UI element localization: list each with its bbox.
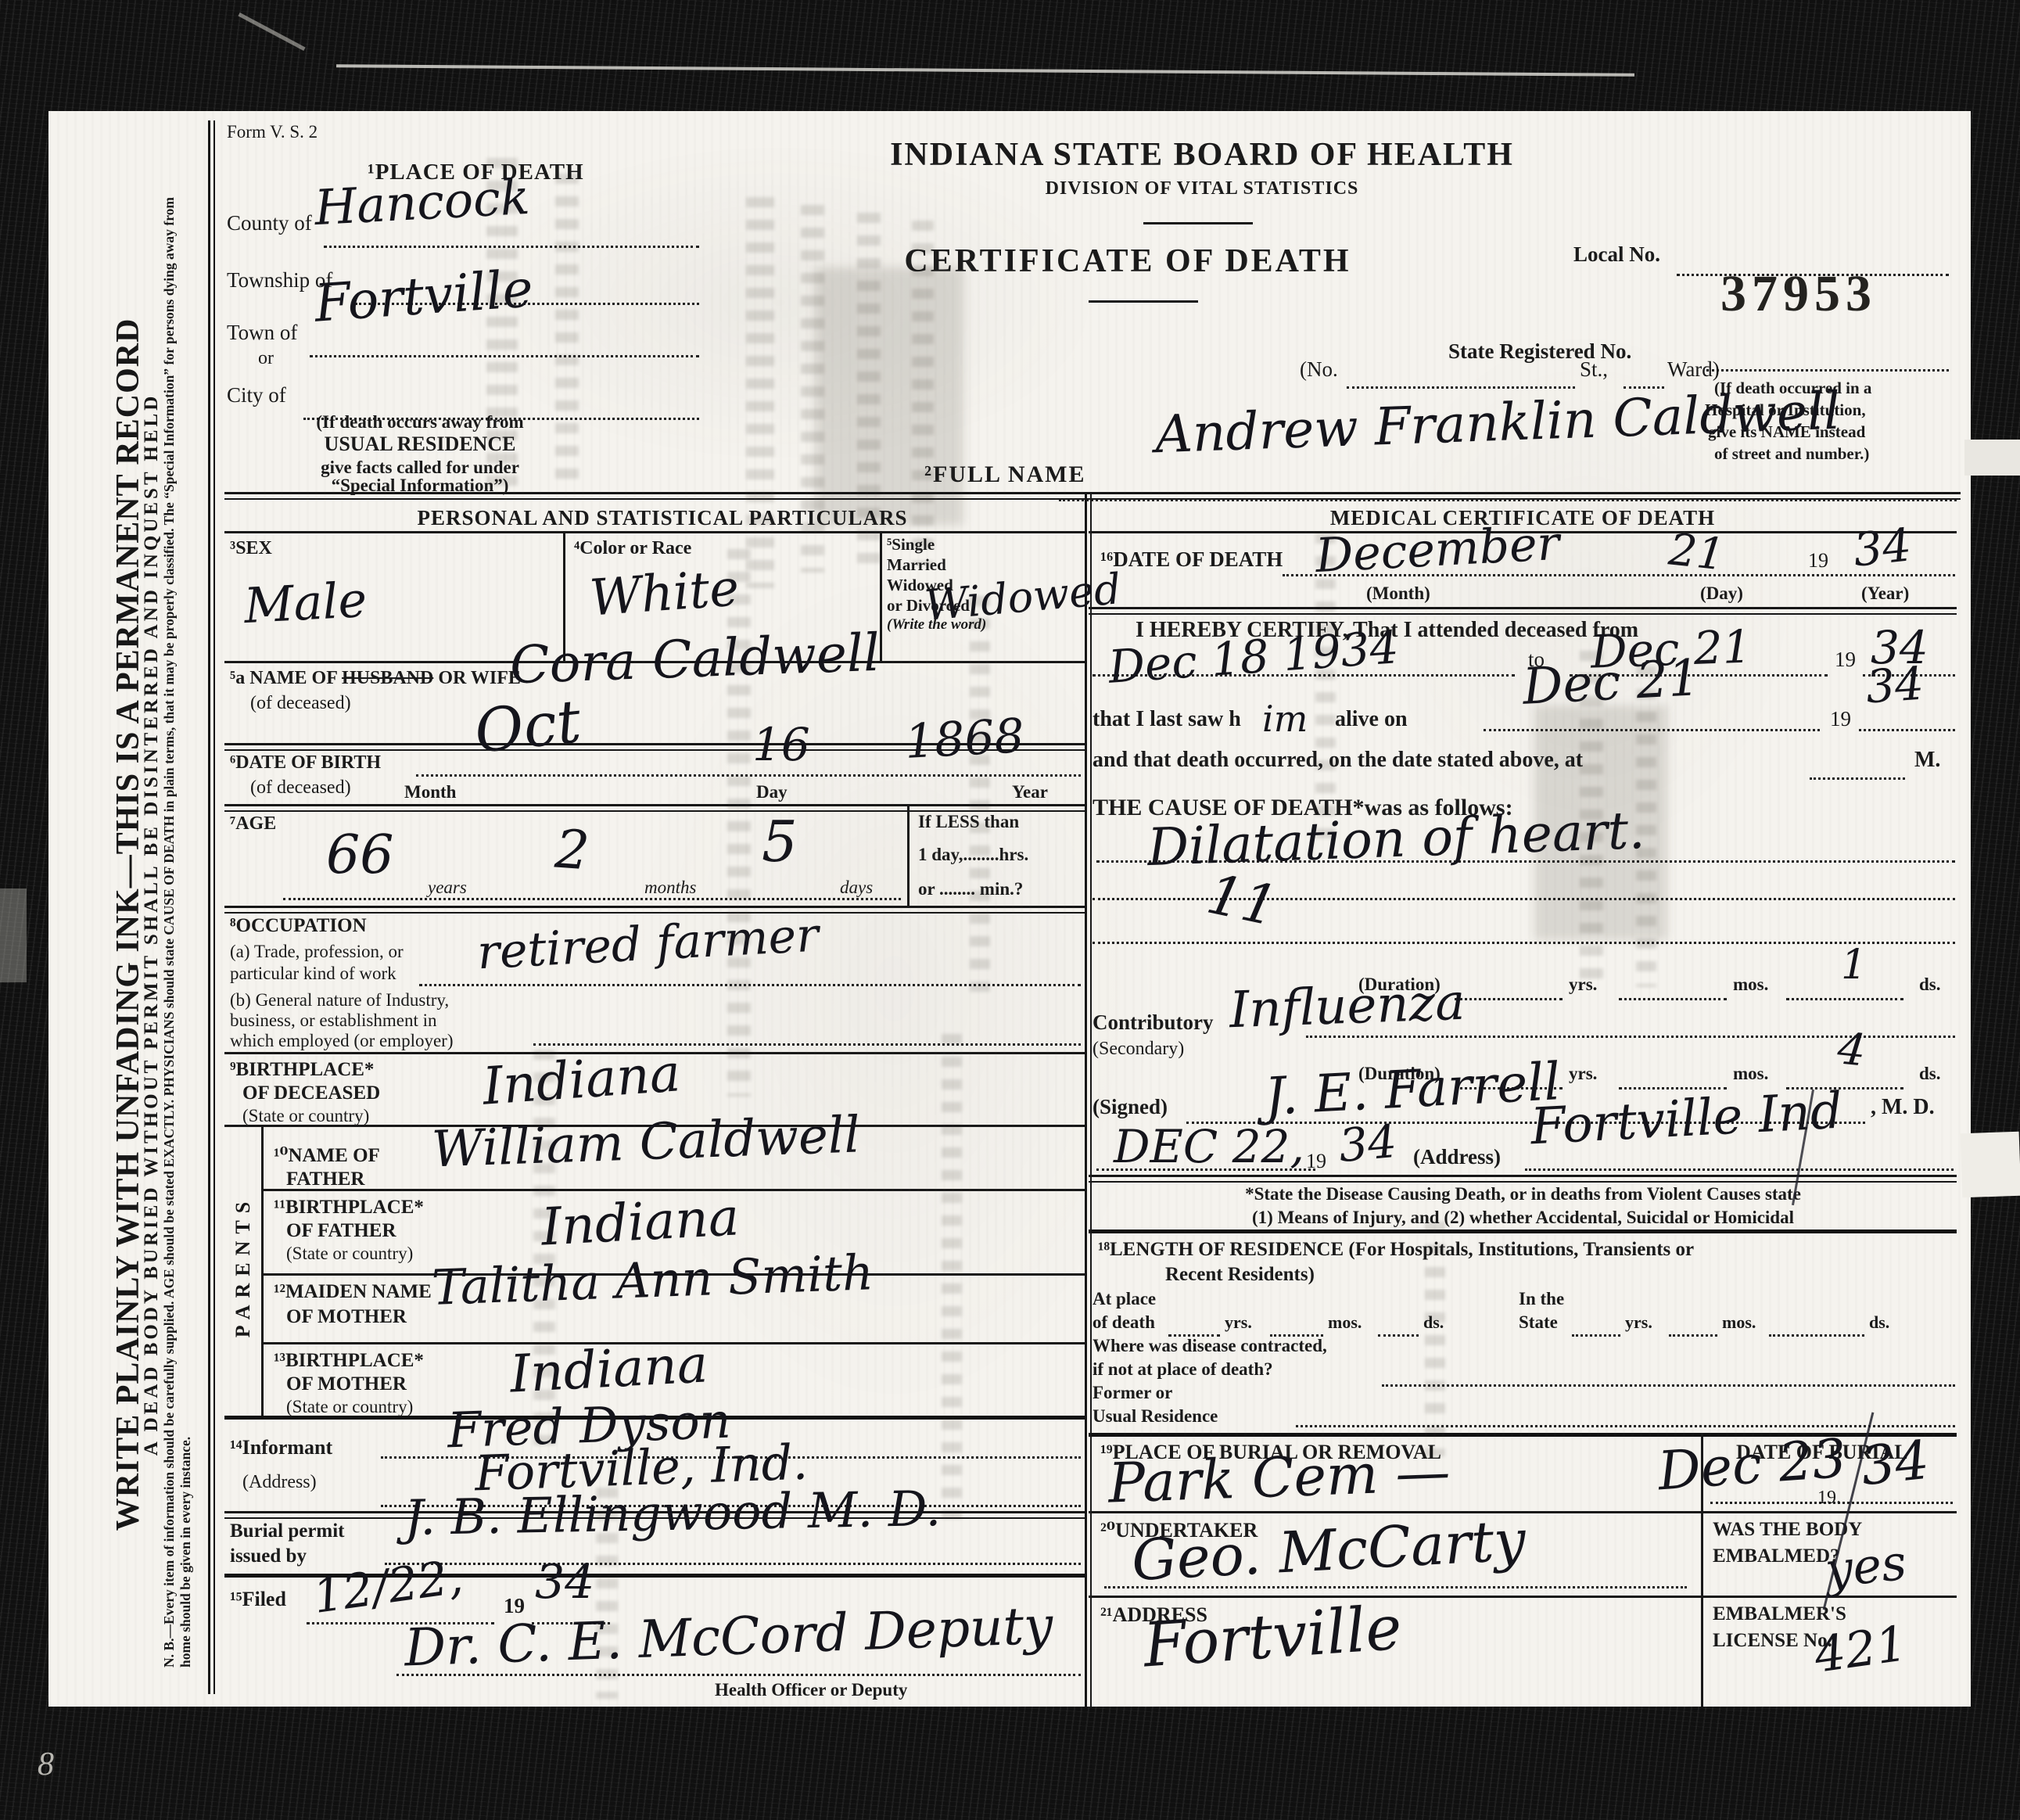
dob-year-label: Year: [1012, 782, 1048, 802]
column-divider-rule: [1085, 492, 1092, 1707]
sex-label: ³SEX: [230, 538, 272, 559]
age-days-value: 5: [762, 809, 798, 874]
occupation-label: ⁸OCCUPATION: [230, 915, 367, 937]
birthplace-value: Indiana: [481, 1043, 683, 1116]
father-birthplace-label-line: (State or country): [286, 1244, 413, 1264]
contributory-ds-label: ds.: [1919, 1064, 1941, 1084]
margin-note-nb: N. B.—Every item of information should b…: [161, 197, 213, 1667]
informant-label: ¹⁴Informant: [230, 1436, 332, 1459]
dotted-line: [324, 246, 699, 248]
date-of-death-year-prefix: 19: [1808, 549, 1828, 573]
month-caption: (Month): [1366, 583, 1430, 604]
father-name-label-line: FATHER: [286, 1168, 364, 1190]
residence-in-state-line: In the: [1519, 1289, 1564, 1309]
rule: [224, 804, 1085, 812]
county-label: County of: [227, 211, 312, 235]
dob-label: ⁶DATE OF BIRTH: [230, 752, 381, 774]
rule: [1089, 300, 1198, 303]
scan-scratch: [238, 13, 305, 51]
scanned-death-certificate: 8 WRITE PLAINLY WITH UNFADING INK—THIS I…: [0, 0, 2020, 1820]
attended-to-year-prefix: 19: [1835, 648, 1856, 672]
last-saw-year-value: 34: [1864, 657, 1925, 714]
spouse-label-post: OR WIFE: [433, 668, 521, 688]
city-label: City of: [227, 383, 286, 407]
residence-label-line: ¹⁸LENGTH OF RESIDENCE (For Hospitals, In…: [1098, 1239, 1694, 1261]
scan-streak: [0, 888, 27, 982]
disease-contracted-line: Where was disease contracted,: [1093, 1336, 1327, 1356]
signed-date-value: DEC 22,: [1114, 1120, 1304, 1173]
scan-streak: [1961, 1132, 2020, 1198]
contributory-mos-label: mos.: [1733, 1064, 1768, 1084]
residence-note-line: “Special Information”): [232, 476, 608, 496]
full-name-label: ²FULL NAME: [924, 461, 1086, 488]
dotted-line: [1296, 1425, 1955, 1427]
contributory-duration-ds-value: 4: [1835, 1023, 1868, 1076]
health-officer-label: Health Officer or Deputy: [715, 1680, 907, 1700]
father-birthplace-label-line: OF FATHER: [286, 1220, 396, 1242]
last-saw-year-prefix: 19: [1830, 707, 1851, 731]
bleed-artifact: [970, 596, 990, 1003]
dotted-line: [1525, 1168, 1954, 1171]
rule: [1089, 1175, 1957, 1183]
birthplace-label-line: OF DECEASED: [242, 1082, 380, 1104]
residence-yrs-label: yrs.: [1225, 1312, 1252, 1333]
rule: [224, 906, 1085, 914]
board-title: INDIANA STATE BOARD OF HEALTH: [752, 136, 1652, 174]
disease-contracted-line: if not at place of death?: [1093, 1359, 1273, 1380]
dotted-line: [1378, 1334, 1419, 1337]
dotted-line: [1619, 998, 1727, 1000]
race-value: White: [588, 559, 741, 627]
contributory-sub-label: (Secondary): [1093, 1039, 1184, 1060]
dotted-line: [1484, 729, 1820, 731]
spouse-label: ⁵a NAME OF HUSBAND OR WIFE: [230, 668, 521, 689]
last-saw-post: alive on: [1335, 707, 1408, 732]
burial-permit-label-line: issued by: [230, 1545, 307, 1567]
dotted-line: [1786, 998, 1903, 1000]
local-no-label: Local No.: [1573, 242, 1660, 267]
mother-birthplace-label-line: ¹³BIRTHPLACE*: [274, 1350, 424, 1372]
death-occurred-m: M.: [1914, 748, 1940, 773]
occupation-b-line: business, or establishment in: [230, 1011, 436, 1031]
spouse-label-pre: ⁵a NAME OF: [230, 668, 342, 688]
age-less-line: or ........ min.?: [918, 879, 1023, 899]
date-of-death-year-value: 34: [1851, 518, 1914, 576]
former-residence-line: Former or: [1093, 1383, 1172, 1403]
rule: [1143, 222, 1253, 224]
cause-ditto-mark: 11: [1201, 862, 1283, 939]
contributory-yrs-label: yrs.: [1569, 1064, 1597, 1084]
spouse-value: Cora Caldwell: [509, 623, 881, 695]
place-of-burial-value: Park Cem —: [1107, 1439, 1451, 1515]
form-number: Form V. S. 2: [227, 122, 318, 142]
birthplace-label-line: ⁹BIRTHPLACE*: [230, 1059, 374, 1081]
mother-maiden-label-line: OF MOTHER: [286, 1306, 407, 1328]
dotted-line: [1859, 729, 1955, 731]
signed-address-label: (Address): [1413, 1145, 1501, 1169]
county-value: Hancock: [313, 168, 531, 236]
division-title: DIVISION OF VITAL STATISTICS: [752, 178, 1652, 199]
former-residence-line: Usual Residence: [1093, 1406, 1218, 1427]
burial-permit-value: J. B. Ellingwood M. D.: [404, 1480, 941, 1546]
residence-mos-label: mos.: [1328, 1312, 1362, 1333]
physician-signature: J. E. Farrell: [1263, 1051, 1562, 1127]
father-name-value: William Caldwell: [431, 1106, 861, 1179]
date-of-burial-value: Dec 23: [1656, 1428, 1849, 1503]
age-months-label: months: [644, 878, 696, 898]
residence-at-place-line: of death: [1093, 1312, 1155, 1333]
contributory-value: Influenza: [1229, 974, 1466, 1039]
street-st-label: St.,: [1580, 357, 1608, 382]
dotted-line: [283, 898, 901, 900]
health-officer-signature: Dr. C. E. McCord Deputy: [404, 1596, 1054, 1678]
cause-footnote-line: (1) Means of Injury, and (2) whether Acc…: [1091, 1208, 1955, 1228]
cause-yrs-label: yrs.: [1569, 975, 1597, 995]
residence-note-line: (If death occurs away from: [232, 412, 608, 433]
filed-year-value: 34: [535, 1555, 594, 1610]
cause-footnote-line: *State the Disease Causing Death, or in …: [1091, 1184, 1955, 1204]
date-of-death-day-value: 21: [1667, 524, 1728, 580]
marital-label-line: Married: [887, 555, 946, 575]
dotted-line: [310, 355, 699, 357]
scan-scratch: [336, 64, 1634, 77]
spouse-label-struck: HUSBAND: [342, 668, 433, 688]
town-label: Town of: [227, 321, 297, 345]
scan-streak: [1964, 440, 2020, 476]
signed-label: (Signed): [1093, 1095, 1168, 1119]
age-years-value: 66: [326, 824, 394, 886]
contributory-label: Contributory: [1093, 1011, 1214, 1035]
cause-mos-label: mos.: [1733, 975, 1768, 995]
cell-divider: [907, 804, 910, 906]
cell-divider: [880, 531, 882, 661]
dotted-line: [1093, 942, 1955, 944]
residence-note-line: USUAL RESIDENCE: [232, 433, 608, 456]
occupation-a-line: particular kind of work: [230, 964, 396, 984]
dob-month-label: Month: [404, 782, 456, 802]
date-of-death-label: ¹⁶DATE OF DEATH: [1100, 547, 1283, 572]
age-less-line: 1 day,........hrs.: [918, 845, 1028, 865]
hospital-note-line: of street and number.): [1714, 444, 1869, 464]
year-caption: (Year): [1861, 583, 1909, 604]
mother-birthplace-label-line: (State or country): [286, 1397, 413, 1417]
dotted-line: [416, 774, 1081, 777]
signed-year-prefix: 19: [1306, 1150, 1326, 1173]
street-no-label: (No.: [1300, 357, 1338, 382]
dob-day-label: Day: [756, 782, 788, 802]
cause-duration-ds-value: 1: [1841, 942, 1867, 989]
father-birthplace-label-line: ¹¹BIRTHPLACE*: [274, 1197, 424, 1219]
marital-value: Widowed: [923, 564, 1123, 630]
certificate-title: CERTIFICATE OF DEATH: [698, 242, 1558, 280]
dotted-line: [1706, 369, 1949, 372]
sex-value: Male: [242, 571, 368, 634]
last-saw-hw: im: [1262, 698, 1308, 740]
dotted-line: [419, 984, 1081, 986]
parents-divider: [261, 1125, 264, 1416]
certificate-number: 37953: [1720, 264, 1877, 324]
day-caption: (Day): [1700, 583, 1743, 604]
age-days-label: days: [840, 878, 873, 898]
age-less-line: If LESS than: [918, 812, 1019, 832]
dob-month-value: Oct: [472, 686, 584, 766]
father-name-label-line: ¹⁰NAME OF: [274, 1143, 380, 1167]
dob-day-value: 16: [752, 718, 810, 771]
residence-state-ds-label: ds.: [1869, 1312, 1889, 1333]
residence-label-line: Recent Residents): [1165, 1264, 1315, 1286]
signed-year-value: 34: [1337, 1115, 1398, 1172]
filed-date-value: 12/22,: [310, 1549, 466, 1624]
dotted-line: [385, 1563, 1081, 1565]
dotted-line: [1769, 1334, 1864, 1337]
father-birthplace-value: Indiana: [540, 1186, 741, 1257]
dotted-line: [1382, 1384, 1955, 1387]
residence-in-state-line: State: [1519, 1312, 1558, 1333]
dotted-line: [1455, 998, 1563, 1000]
dotted-line: [1669, 1334, 1717, 1337]
occupation-b-line: which employed (or employer): [230, 1031, 454, 1051]
dob-sub-label: (of deceased): [250, 777, 351, 799]
residence-state-mos-label: mos.: [1722, 1312, 1756, 1333]
embalmer-license-label-line: EMBALMER'S: [1713, 1603, 1846, 1625]
marital-label-line: ⁵Single: [887, 535, 935, 555]
dotted-line: [1347, 386, 1575, 389]
birthplace-label-line: (State or country): [242, 1106, 369, 1126]
last-saw-pre: that I last saw h: [1093, 707, 1241, 732]
dotted-line: [1572, 1334, 1620, 1337]
residence-at-place-line: At place: [1093, 1289, 1156, 1309]
embalmer-license-value: 421: [1810, 1614, 1910, 1684]
informant-address-label: (Address): [242, 1472, 317, 1493]
last-saw-date-value: Dec 21: [1521, 649, 1701, 716]
corner-mark: 8: [38, 1746, 54, 1783]
residence-state-yrs-label: yrs.: [1625, 1312, 1652, 1333]
embalmed-label-line: EMBALMED?: [1713, 1545, 1840, 1567]
filed-label: ¹⁵Filed: [230, 1588, 286, 1611]
mother-maiden-value: Talitha Ann Smith: [431, 1244, 874, 1316]
rule: [224, 531, 1085, 533]
occupation-a-line: (a) Trade, profession, or: [230, 942, 404, 962]
occupation-a-value: retired farmer: [475, 908, 820, 981]
burial-permit-label-line: Burial permit: [230, 1520, 345, 1542]
cause-ds-label: ds.: [1919, 975, 1941, 995]
occupation-b-line: (b) General nature of Industry,: [230, 990, 449, 1011]
rule: [1089, 1229, 1957, 1233]
death-occurred-line: and that death occurred, on the date sta…: [1093, 748, 1583, 773]
personal-section-title: PERSONAL AND STATISTICAL PARTICULARS: [244, 506, 1081, 530]
parents-vertical-label: PARENTS: [231, 1129, 261, 1403]
street-ward-label: Ward): [1667, 357, 1720, 382]
dob-year-value: 1868: [903, 709, 1025, 770]
dotted-line: [533, 1043, 1081, 1046]
bleed-artifact: [942, 1034, 962, 1519]
certificate-sheet: WRITE PLAINLY WITH UNFADING INK—THIS IS …: [48, 111, 1971, 1707]
age-years-label: years: [428, 878, 467, 898]
dotted-line: [1810, 777, 1905, 780]
age-label: ⁷AGE: [230, 813, 276, 835]
age-months-value: 2: [553, 819, 591, 883]
or-label: or: [258, 348, 274, 369]
burial-year-value: 34: [1858, 1430, 1932, 1499]
mother-birthplace-label-line: OF MOTHER: [286, 1373, 407, 1395]
race-label: ⁴Color or Race: [574, 538, 691, 559]
signed-md-label: , M. D.: [1871, 1095, 1935, 1120]
spouse-sub-label: (of deceased): [250, 693, 351, 714]
mother-maiden-label-line: ¹²MAIDEN NAME: [274, 1281, 432, 1303]
signed-address-value: Fortville Ind: [1529, 1082, 1843, 1157]
rule: [1089, 607, 1957, 615]
residence-ds-label: ds.: [1423, 1312, 1444, 1333]
